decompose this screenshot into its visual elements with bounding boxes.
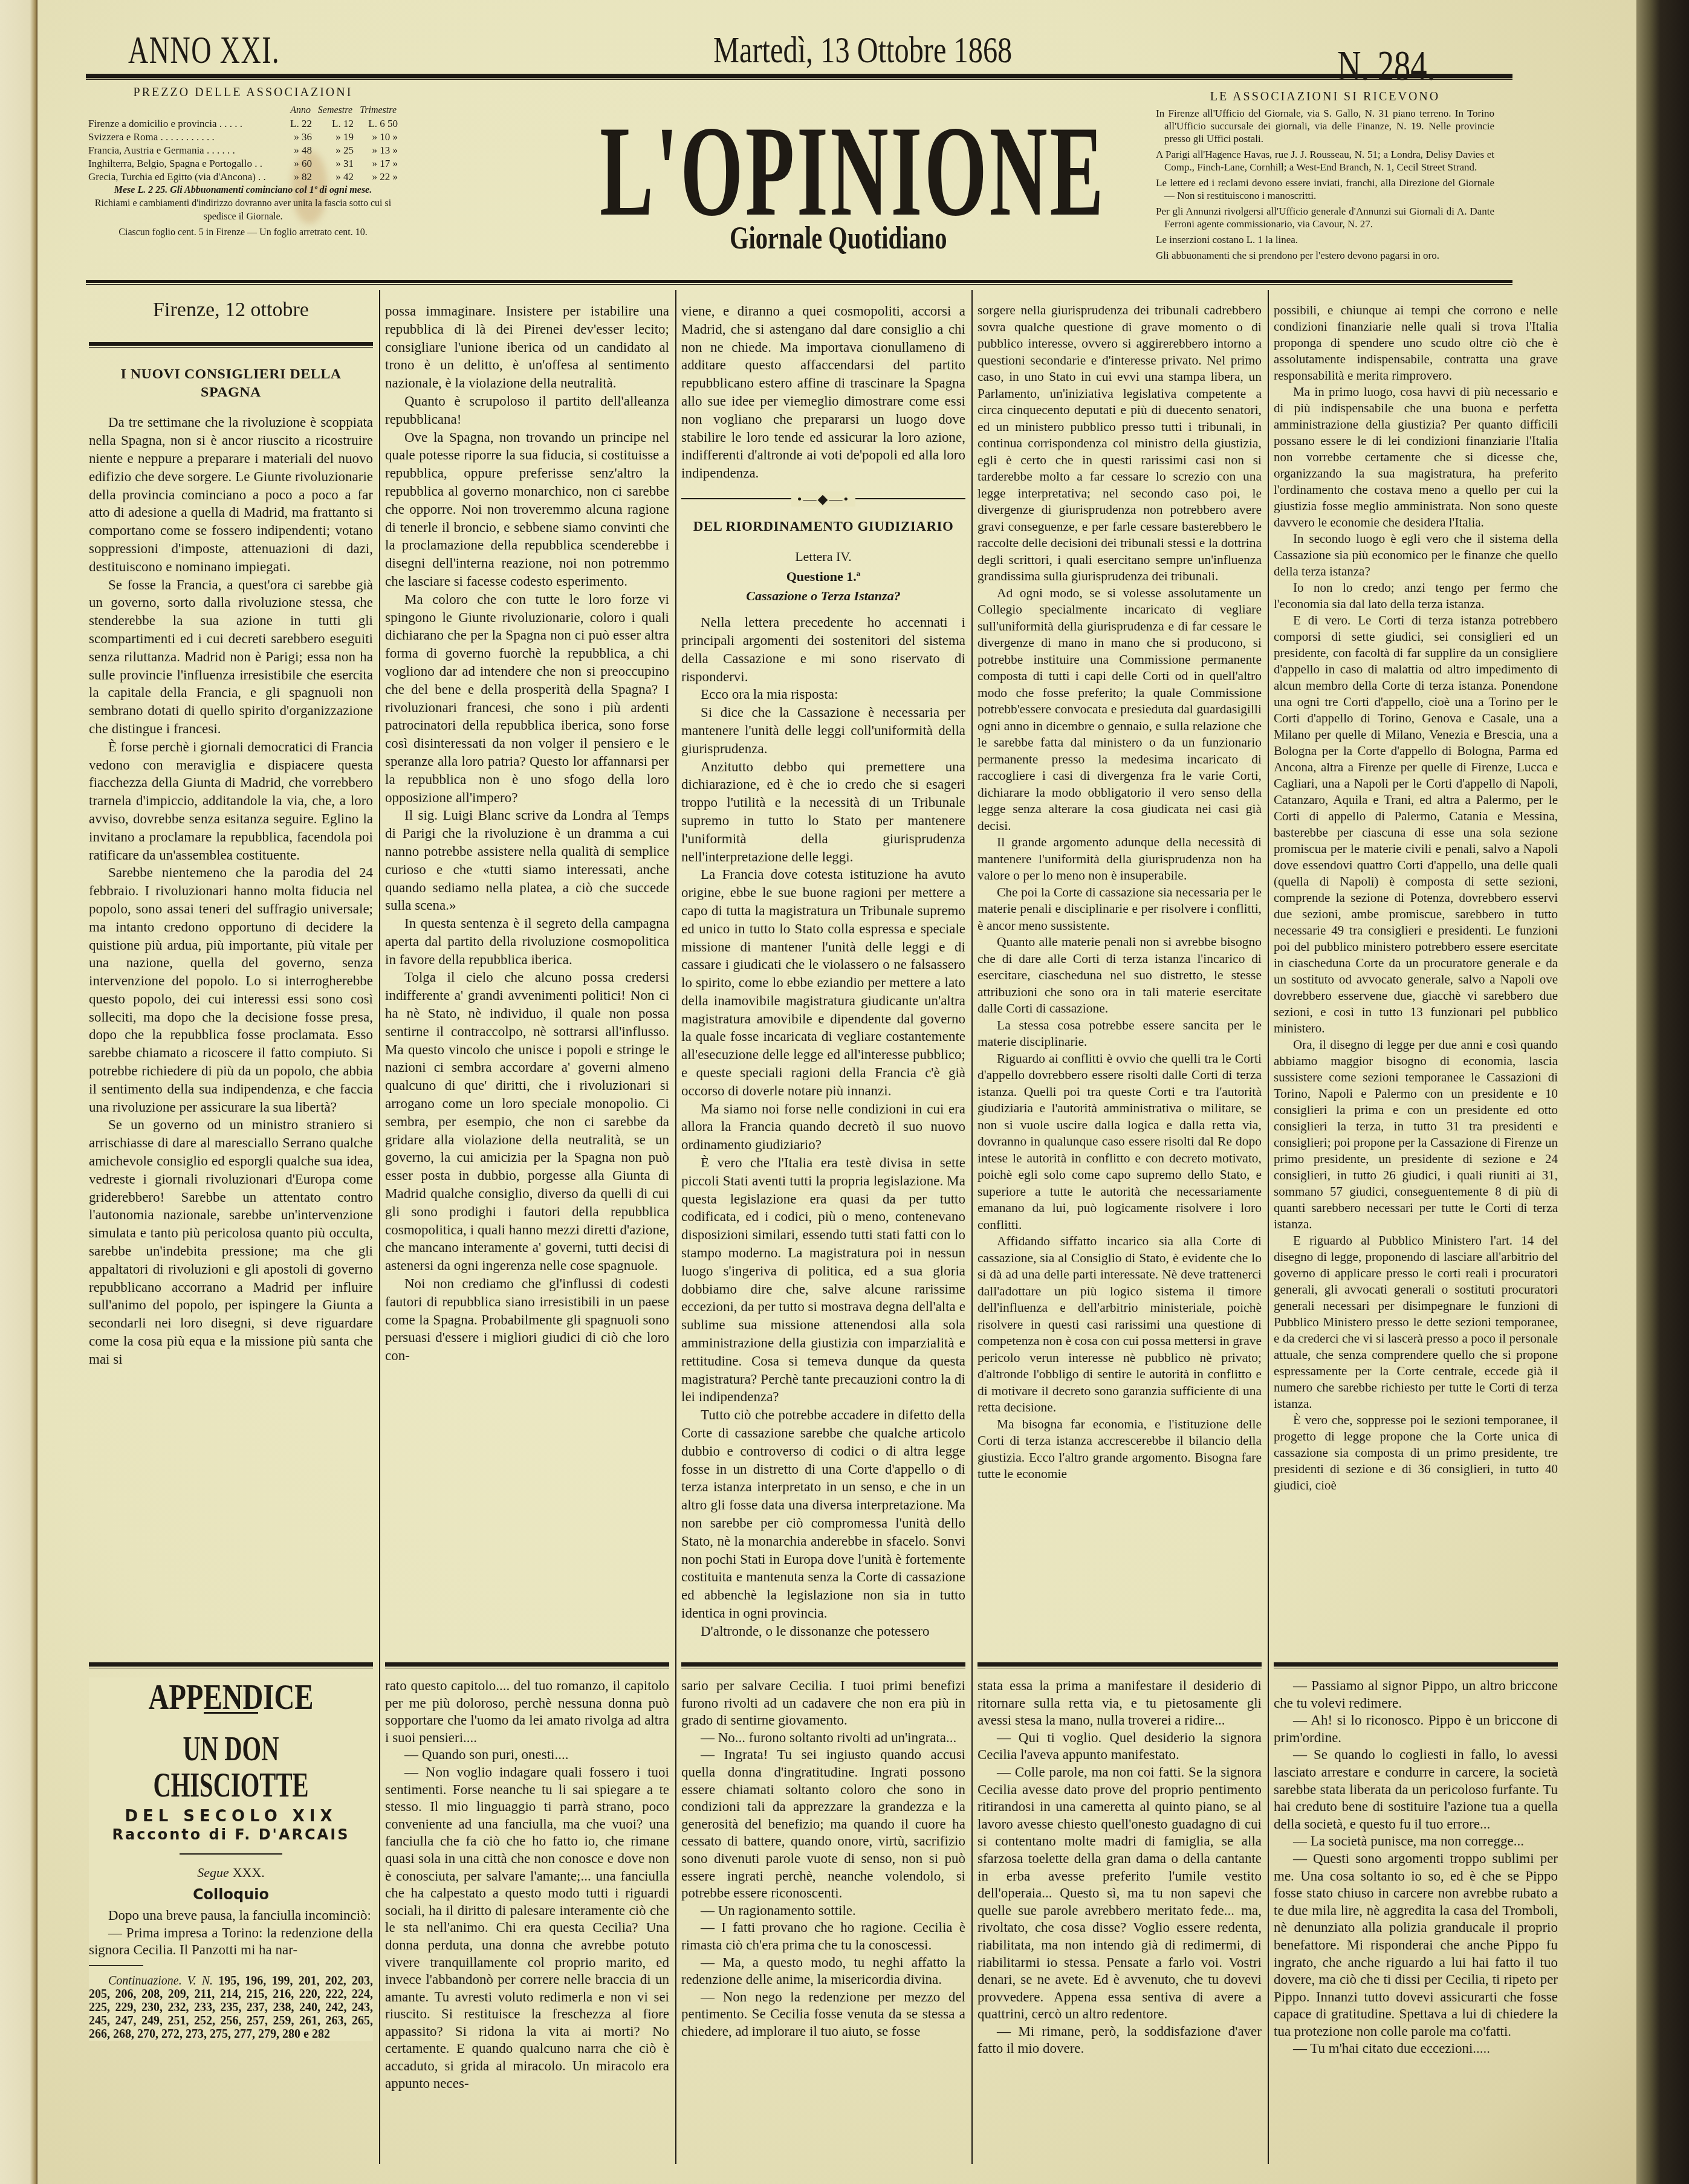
column-divider [379, 290, 380, 2164]
article-paragraph: Se un governo od un ministro straniero s… [89, 1116, 373, 1368]
article-paragraph: La stessa cosa potrebbe essere sancita p… [977, 1017, 1262, 1051]
novel-paragraph: — Questi sono argomenti troppo sublimi p… [1274, 1850, 1558, 2041]
article-paragraph: E riguardo al Pubblico Ministero l'art. … [1274, 1233, 1558, 1412]
feuilleton-rule [1274, 1662, 1558, 1668]
prices-row: Svizzera e Roma . . . . . . . . . . . » … [86, 131, 400, 144]
novel-paragraph: — Ingrata! Tu sei ingiusto quando accusi… [681, 1746, 965, 1902]
prices-title: PREZZO DELLE ASSOCIAZIONI [86, 86, 400, 99]
article-paragraph: Sarebbe nientemeno che la parodia del 24… [89, 864, 373, 1116]
novel-paragraph: — Un ragionamento sottile. [681, 1902, 965, 1920]
novel-paragraph: Dopo una breve pausa, la fanciulla incom… [89, 1907, 373, 1925]
article-paragraph: In secondo luogo è egli vero che il sist… [1274, 531, 1558, 580]
novel-paragraph: sario per salvare Cecilia. I tuoi primi … [681, 1677, 965, 1729]
novel-paragraph: — Non voglio indagare quali fossero i tu… [385, 1764, 669, 2092]
offices-item: Gli abbuonamenti che si prendono per l'e… [1156, 249, 1494, 262]
short-rule [180, 1853, 282, 1855]
article-paragraph: Tolga il cielo che alcuno possa credersi… [385, 968, 669, 1275]
feuilleton-rule [385, 1662, 669, 1668]
prices-header-anno: Anno [285, 104, 314, 117]
prices-single-copy-note: Ciascun foglio cent. 5 in Firenze — Un f… [86, 226, 400, 239]
offices-item: A Parigi all'Hagence Havas, rue J. J. Ro… [1156, 148, 1494, 173]
novel-paragraph: — No... furono soltanto rivolti ad un'in… [681, 1729, 965, 1747]
article-paragraph: Quanto alle materie penali non si avrebb… [977, 934, 1262, 1017]
question-title: Cassazione o Terza Istanza? [681, 587, 965, 605]
article-paragraph: Se fosse la Francia, a quest'ora ci sare… [89, 576, 373, 738]
article-paragraph: Ecco ora la mia risposta: [681, 685, 965, 704]
subscription-offices: LE ASSOCIAZIONI SI RICEVONO In Firenze a… [1156, 91, 1494, 265]
prices-row: Firenze a domicilio e provincia . . . . … [86, 117, 400, 131]
article-paragraph: possibili, e chiunque ai tempi che corro… [1274, 302, 1558, 384]
article-paragraph: E di vero. Le Corti di terza istanza pot… [1274, 612, 1558, 1037]
novel-paragraph: — Quando son puri, onesti.... [385, 1746, 669, 1764]
offices-item: In Firenze all'Ufficio del Giornale, via… [1156, 107, 1494, 145]
dateline: Firenze, 12 ottobre [89, 301, 373, 319]
novel-paragraph: — Qui ti voglio. Quel desiderio la signo… [977, 1729, 1262, 1764]
article-paragraph: È forse perchè i giornali democratici di… [89, 738, 373, 864]
novel-column-5: — Passiamo al signor Pippo, un altro bri… [1274, 1677, 1558, 2058]
article-paragraph: Ma bisogna far economia, e l'istituzione… [977, 1416, 1262, 1483]
offices-item: Le lettere ed i reclami devono essere in… [1156, 177, 1494, 202]
prices-row: Grecia, Turchia ed Egitto (via d'Ancona)… [86, 170, 400, 184]
issue-date: Martedì, 13 Ottobre 1868 [713, 29, 1012, 72]
article-paragraph: Affidando siffatto incarico sia alla Cor… [977, 1233, 1262, 1416]
novel-paragraph: — Tu m'hai citato due eccezioni..... [1274, 2040, 1558, 2058]
column-4: sorgere nella giurisprudenza dei tribuna… [977, 290, 1262, 1483]
feuilleton-rule [89, 1662, 373, 1668]
continuation-note: Continuazione. V. N. 195, 196, 199, 201,… [89, 1974, 373, 2041]
newspaper-logo: L'OPINIONE [600, 106, 1106, 236]
prices-header-trimestre: Trimestre [356, 104, 400, 117]
article-paragraph: Ove la Spagna, non trovando un principe … [385, 429, 669, 591]
appendice-title: APPENDICE [120, 1688, 342, 1706]
article-paragraph: Ma in primo luogo, cosa havvi di più nec… [1274, 384, 1558, 531]
novel-author: Racconto di F. D'ARCAIS [89, 1826, 373, 1844]
offices-item: Le inserzioni costano L. 1 la linea. [1156, 233, 1494, 246]
adjacent-page-edge [0, 0, 37, 2184]
prices-address-note: Richiami e cambiamenti d'indirizzo dovra… [86, 197, 400, 224]
book-binding-edge [1636, 0, 1689, 2184]
novel-column-4: stata essa la prima a manifestare il des… [977, 1677, 1262, 2058]
appendice-header: APPENDICE UN DON CHISCIOTTE DEL SECOLO X… [89, 1677, 373, 2041]
article-paragraph: Ma coloro che con tutte le loro forze vi… [385, 591, 669, 807]
novel-column-3: sario per salvare Cecilia. I tuoi primi … [681, 1677, 965, 2040]
letter-number: Lettera IV. [681, 548, 965, 566]
prices-row: Inghilterra, Belgio, Spagna e Portogallo… [86, 157, 400, 170]
article-paragraph: Noi non crediamo che gl'influssi di code… [385, 1275, 669, 1365]
offices-title: LE ASSOCIAZIONI SI RICEVONO [1156, 91, 1494, 103]
footnote-rule [89, 1965, 143, 1966]
section-rule [89, 342, 373, 348]
prices-monthly-note: Mese L. 2 25. Gli Abbuonamenti comincian… [86, 184, 400, 197]
article-paragraph: Nella lettera precedente ho accennati i … [681, 614, 965, 685]
novel-paragraph: — Prima impresa a Torino: la redenzione … [89, 1925, 373, 1959]
novel-column-2: rato questo capitolo.... del tuo romanzo… [385, 1677, 669, 2092]
article-paragraph: Ad ogni modo, se si volesse assolutament… [977, 585, 1262, 835]
article-paragraph: Ma siamo noi forse nelle condizioni in c… [681, 1100, 965, 1154]
article-paragraph: Ora, il disegno di legge per due anni e … [1274, 1037, 1558, 1233]
article-paragraph: Da tre settimane che la rivoluzione è sc… [89, 413, 373, 575]
article-paragraph: Quanto è scrupoloso il partito dell'alle… [385, 392, 669, 429]
column-divider [1268, 290, 1269, 2164]
appendice-block: APPENDICE UN DON CHISCIOTTE DEL SECOLO X… [89, 1688, 373, 1904]
subscription-prices: PREZZO DELLE ASSOCIAZIONI Anno Semestre … [86, 86, 400, 239]
novel-paragraph: — Passiamo al signor Pippo, un altro bri… [1274, 1677, 1558, 1712]
article-paragraph: Si dice che la Cassazione è necessaria p… [681, 704, 965, 757]
article-paragraph: viene, e diranno a quei cosmopoliti, acc… [681, 302, 965, 482]
column-divider [675, 290, 676, 2164]
article-paragraph: In questa sentenza è il segreto della ca… [385, 915, 669, 968]
prices-row: Francia, Austria e Germania . . . . . . … [86, 144, 400, 157]
article-paragraph: Tutto ciò che potrebbe accadere in difet… [681, 1406, 965, 1622]
offices-item: Per gli Annunzi rivolgersi all'Ufficio g… [1156, 205, 1494, 230]
column-1: Firenze, 12 ottobre I NUOVI CONSIGLIERI … [89, 290, 373, 1369]
article-paragraph: Che poi la Corte di cassazione sia neces… [977, 884, 1262, 935]
novel-subtitle: DEL SECOLO XIX [89, 1808, 373, 1826]
masthead-rule [86, 74, 1512, 80]
newspaper-subtitle: Giornale Quotidiano [730, 221, 947, 256]
article-paragraph: sorgere nella giurisprudenza dei tribuna… [977, 302, 1262, 585]
novel-paragraph: — Mi rimane, però, la soddisfazione d'av… [977, 2023, 1262, 2058]
novel-paragraph: — Colle parole, ma non coi fatti. Se la … [977, 1764, 1262, 2023]
article-headline: I NUOVI CONSIGLIERI DELLA SPAGNA [89, 366, 373, 402]
column-3: viene, e diranno a quei cosmopoliti, acc… [681, 290, 965, 1641]
article-paragraph: Il sig. Luigi Blanc scrive da Londra al … [385, 806, 669, 915]
article-paragraph: È vero che l'Italia era testè divisa in … [681, 1154, 965, 1406]
article-paragraph: Riguardo ai conflitti è ovvio che quelli… [977, 1051, 1262, 1234]
masthead-bottom-rule [86, 280, 1512, 285]
masthead: ANNO XXI. Martedì, 13 Ottobre 1868 N. 28… [86, 0, 1585, 287]
novel-paragraph: — Non nego la redenzione per mezzo del p… [681, 1989, 965, 2041]
feuilleton-rule [977, 1662, 1262, 1668]
article-headline: DEL RIORDINAMENTO GIUDIZIARIO [681, 517, 965, 536]
issue-year: ANNO XXI. [128, 28, 280, 73]
chapter-title: Colloquio [89, 1886, 373, 1904]
prices-table: Anno Semestre Trimestre Firenze a domici… [86, 104, 400, 184]
question-number: Questione 1.ª [681, 568, 965, 586]
article-paragraph: È vero che, soppresse poi le sezioni tem… [1274, 1412, 1558, 1494]
novel-paragraph: stata essa la prima a manifestare il des… [977, 1677, 1262, 1729]
article-paragraph: Anzitutto debbo qui premettere una dichi… [681, 758, 965, 866]
novel-paragraph: — Ah! si lo riconosco. Pippo è un bricco… [1274, 1712, 1558, 1746]
novel-paragraph: — Ma, a questo modo, tu neghi affatto la… [681, 1954, 965, 1989]
prices-header-semestre: Semestre [314, 104, 356, 117]
novel-title: UN DON CHISCIOTTE [132, 1731, 331, 1803]
ornamental-rule: •—◆—• [681, 498, 965, 499]
novel-paragraph: — I fatti provano che ho ragione. Cecili… [681, 1919, 965, 1954]
novel-paragraph: rato questo capitolo.... del tuo romanzo… [385, 1677, 669, 1746]
newspaper-page: ANNO XXI. Martedì, 13 Ottobre 1868 N. 28… [37, 0, 1636, 2184]
issue-number: N. 284. [1337, 42, 1435, 91]
feuilleton-rule [681, 1662, 965, 1668]
novel-paragraph: — La società punisce, ma non corregge... [1274, 1833, 1558, 1850]
article-paragraph: possa immaginare. Insistere per istabili… [385, 302, 669, 392]
column-2: possa immaginare. Insistere per istabili… [385, 290, 669, 1365]
article-paragraph: La Francia dove cotesta istituzione ha a… [681, 866, 965, 1100]
column-5: possibili, e chiunque ai tempi che corro… [1274, 290, 1558, 1494]
article-paragraph: Io non lo credo; anzi tengo per fermo ch… [1274, 580, 1558, 612]
article-paragraph: D'altronde, o le dissonanze che potesser… [681, 1622, 965, 1641]
column-divider [971, 290, 973, 2164]
installment-number: SegueXXX. [89, 1864, 373, 1882]
novel-paragraph: — Se quando lo cogliesti in fallo, lo av… [1274, 1746, 1558, 1833]
article-paragraph: Il grande argomento adunque della necess… [977, 834, 1262, 884]
